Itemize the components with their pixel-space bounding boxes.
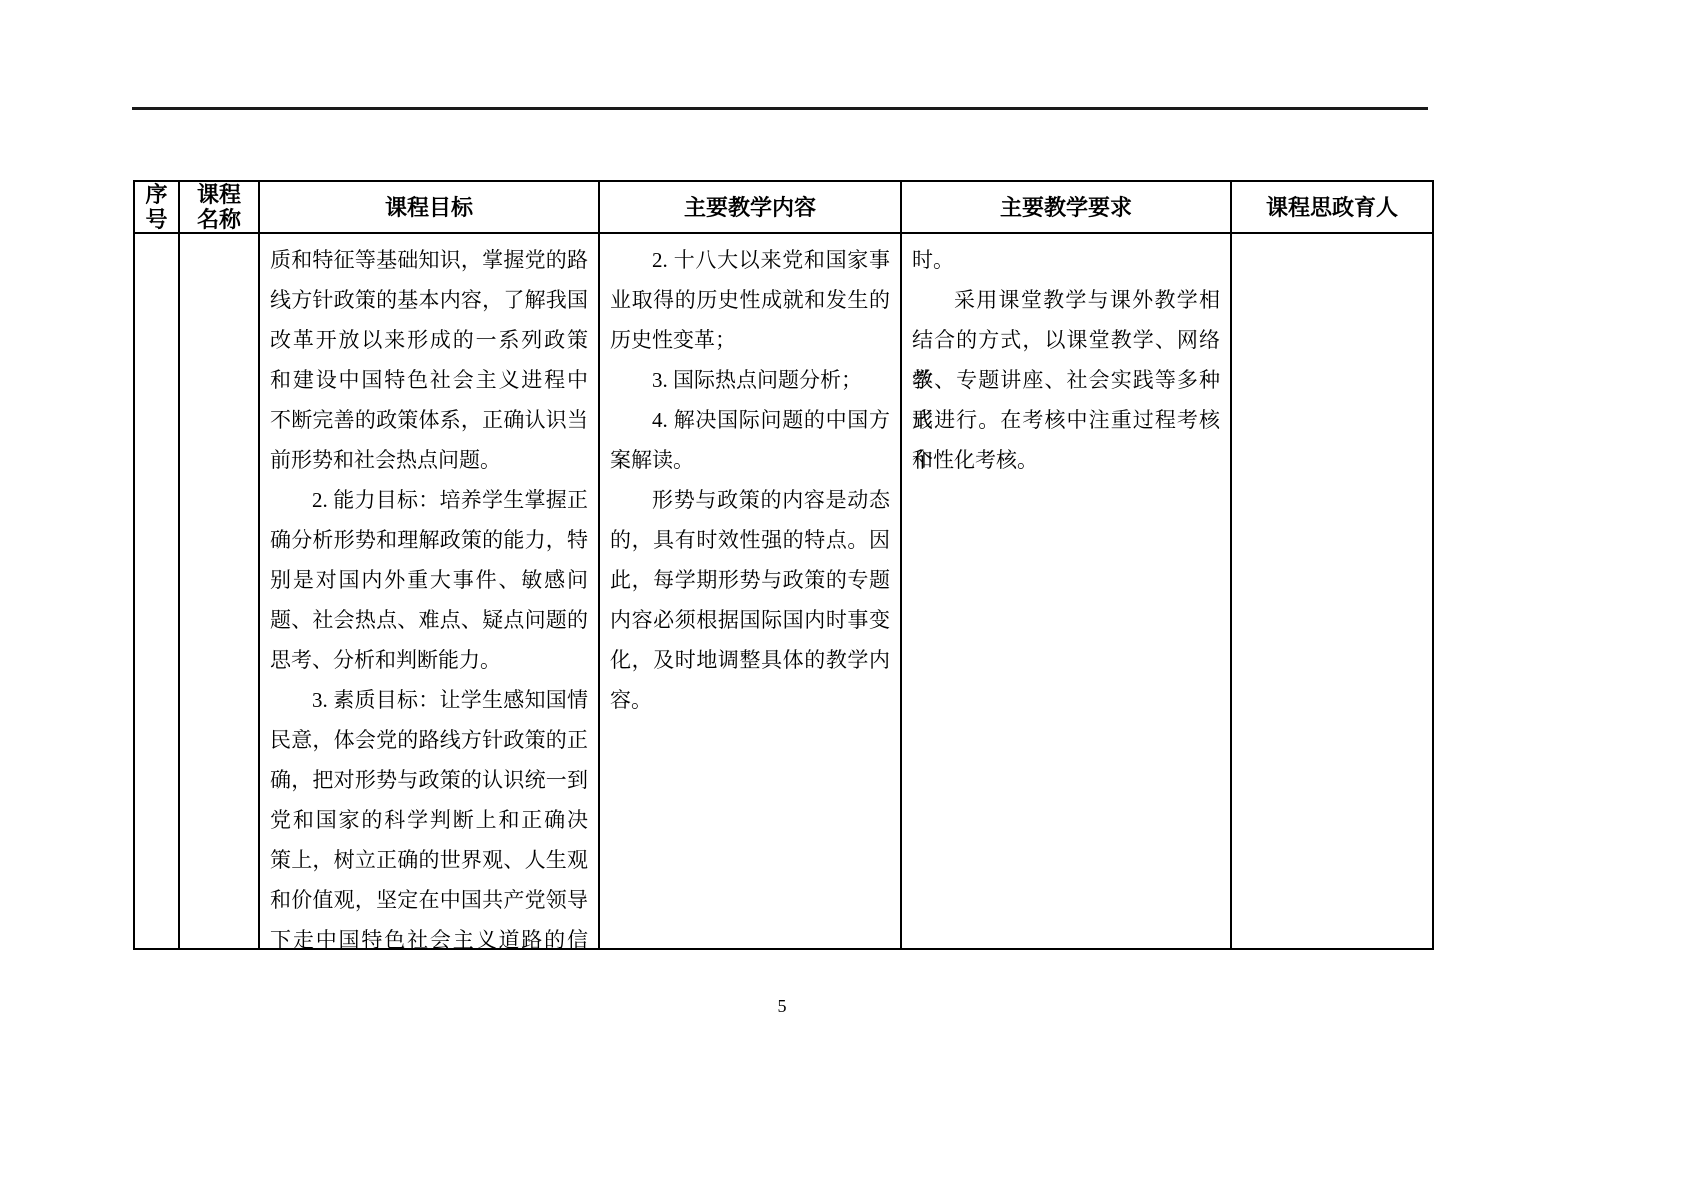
course-table: 序 号 课程 名称 课程目标 主要教学内容 主要教学要求 课程思政育人 质和特征… [133,180,1434,950]
text-line: 个性化考核。 [912,440,1220,480]
text-line: 结合的方式，以课堂教学、网络教 [912,320,1220,360]
text-line: 确分析形势和理解政策的能力，特 [270,520,588,560]
text-line: 时。 [912,240,1220,280]
text-line: 形势与政策的内容是动态 [610,480,890,520]
text-line: 民意，体会党的路线方针政策的正 [270,720,588,760]
column-header-course-name-line2: 名称 [197,207,241,232]
text-line: 2. 能力目标：培养学生掌握正 [270,480,588,520]
text-line: 4. 解决国际问题的中国方 [610,400,890,440]
text-line: 学、专题讲座、社会实践等多种形 [912,360,1220,400]
text-line: 采用课堂教学与课外教学相 [912,280,1220,320]
document-page: 序 号 课程 名称 课程目标 主要教学内容 主要教学要求 课程思政育人 质和特征… [0,0,1684,1191]
column-header-requirements: 主要教学要求 [902,182,1232,234]
text-line: 案解读。 [610,440,890,480]
text-line: 容。 [610,680,890,720]
text-line: 别是对国内外重大事件、敏感问 [270,560,588,600]
header-rule [132,107,1428,110]
text-line: 思考、分析和判断能力。 [270,640,588,680]
column-header-objectives: 课程目标 [260,182,600,234]
text-line: 不断完善的政策体系，正确认识当 [270,400,588,440]
text-line: 历史性变革； [610,320,890,360]
text-line: 内容必须根据国际国内时事变 [610,600,890,640]
column-header-seq: 序 号 [135,182,180,234]
text-line: 式进行。在考核中注重过程考核和 [912,400,1220,440]
column-header-ideology-label: 课程思政育人 [1266,195,1398,220]
text-line: 改革开放以来形成的一系列政策 [270,320,588,360]
text-line: 3. 国际热点问题分析； [610,360,890,400]
cell-teaching-content: 2. 十八大以来党和国家事业取得的历史性成就和发生的历史性变革；3. 国际热点问… [600,234,902,948]
text-line: 的，具有时效性强的特点。因 [610,520,890,560]
text-line: 2. 十八大以来党和国家事 [610,240,890,280]
column-header-course-name-line1: 课程 [197,182,241,207]
text-line: 和建设中国特色社会主义进程中 [270,360,588,400]
column-header-course-name: 课程 名称 [180,182,260,234]
text-line: 下走中国特色社会主义道路的信 [270,920,588,948]
cell-teaching-requirements: 时。采用课堂教学与课外教学相结合的方式，以课堂教学、网络教学、专题讲座、社会实践… [902,234,1232,948]
cell-ideology [1232,234,1432,948]
text-line: 前形势和社会热点问题。 [270,440,588,480]
column-header-seq-line1: 序 [145,182,167,207]
column-header-ideology: 课程思政育人 [1232,182,1432,234]
text-line: 线方针政策的基本内容，了解我国 [270,280,588,320]
column-header-content-label: 主要教学内容 [684,195,816,220]
text-line: 质和特征等基础知识，掌握党的路 [270,240,588,280]
cell-seq [135,234,180,948]
column-header-content: 主要教学内容 [600,182,902,234]
text-line: 党和国家的科学判断上和正确决 [270,800,588,840]
text-line: 业取得的历史性成就和发生的 [610,280,890,320]
cell-course-name [180,234,260,948]
text-line: 确，把对形势与政策的认识统一到 [270,760,588,800]
page-number: 5 [762,995,802,1017]
text-line: 和价值观，坚定在中国共产党领导 [270,880,588,920]
column-header-requirements-label: 主要教学要求 [1000,195,1132,220]
column-header-seq-line2: 号 [145,207,167,232]
cell-course-objectives: 质和特征等基础知识，掌握党的路线方针政策的基本内容，了解我国改革开放以来形成的一… [260,234,600,948]
column-header-objectives-label: 课程目标 [385,195,473,220]
text-line: 此，每学期形势与政策的专题 [610,560,890,600]
text-line: 题、社会热点、难点、疑点问题的 [270,600,588,640]
text-line: 化，及时地调整具体的教学内 [610,640,890,680]
text-line: 3. 素质目标：让学生感知国情 [270,680,588,720]
text-line: 策上，树立正确的世界观、人生观 [270,840,588,880]
